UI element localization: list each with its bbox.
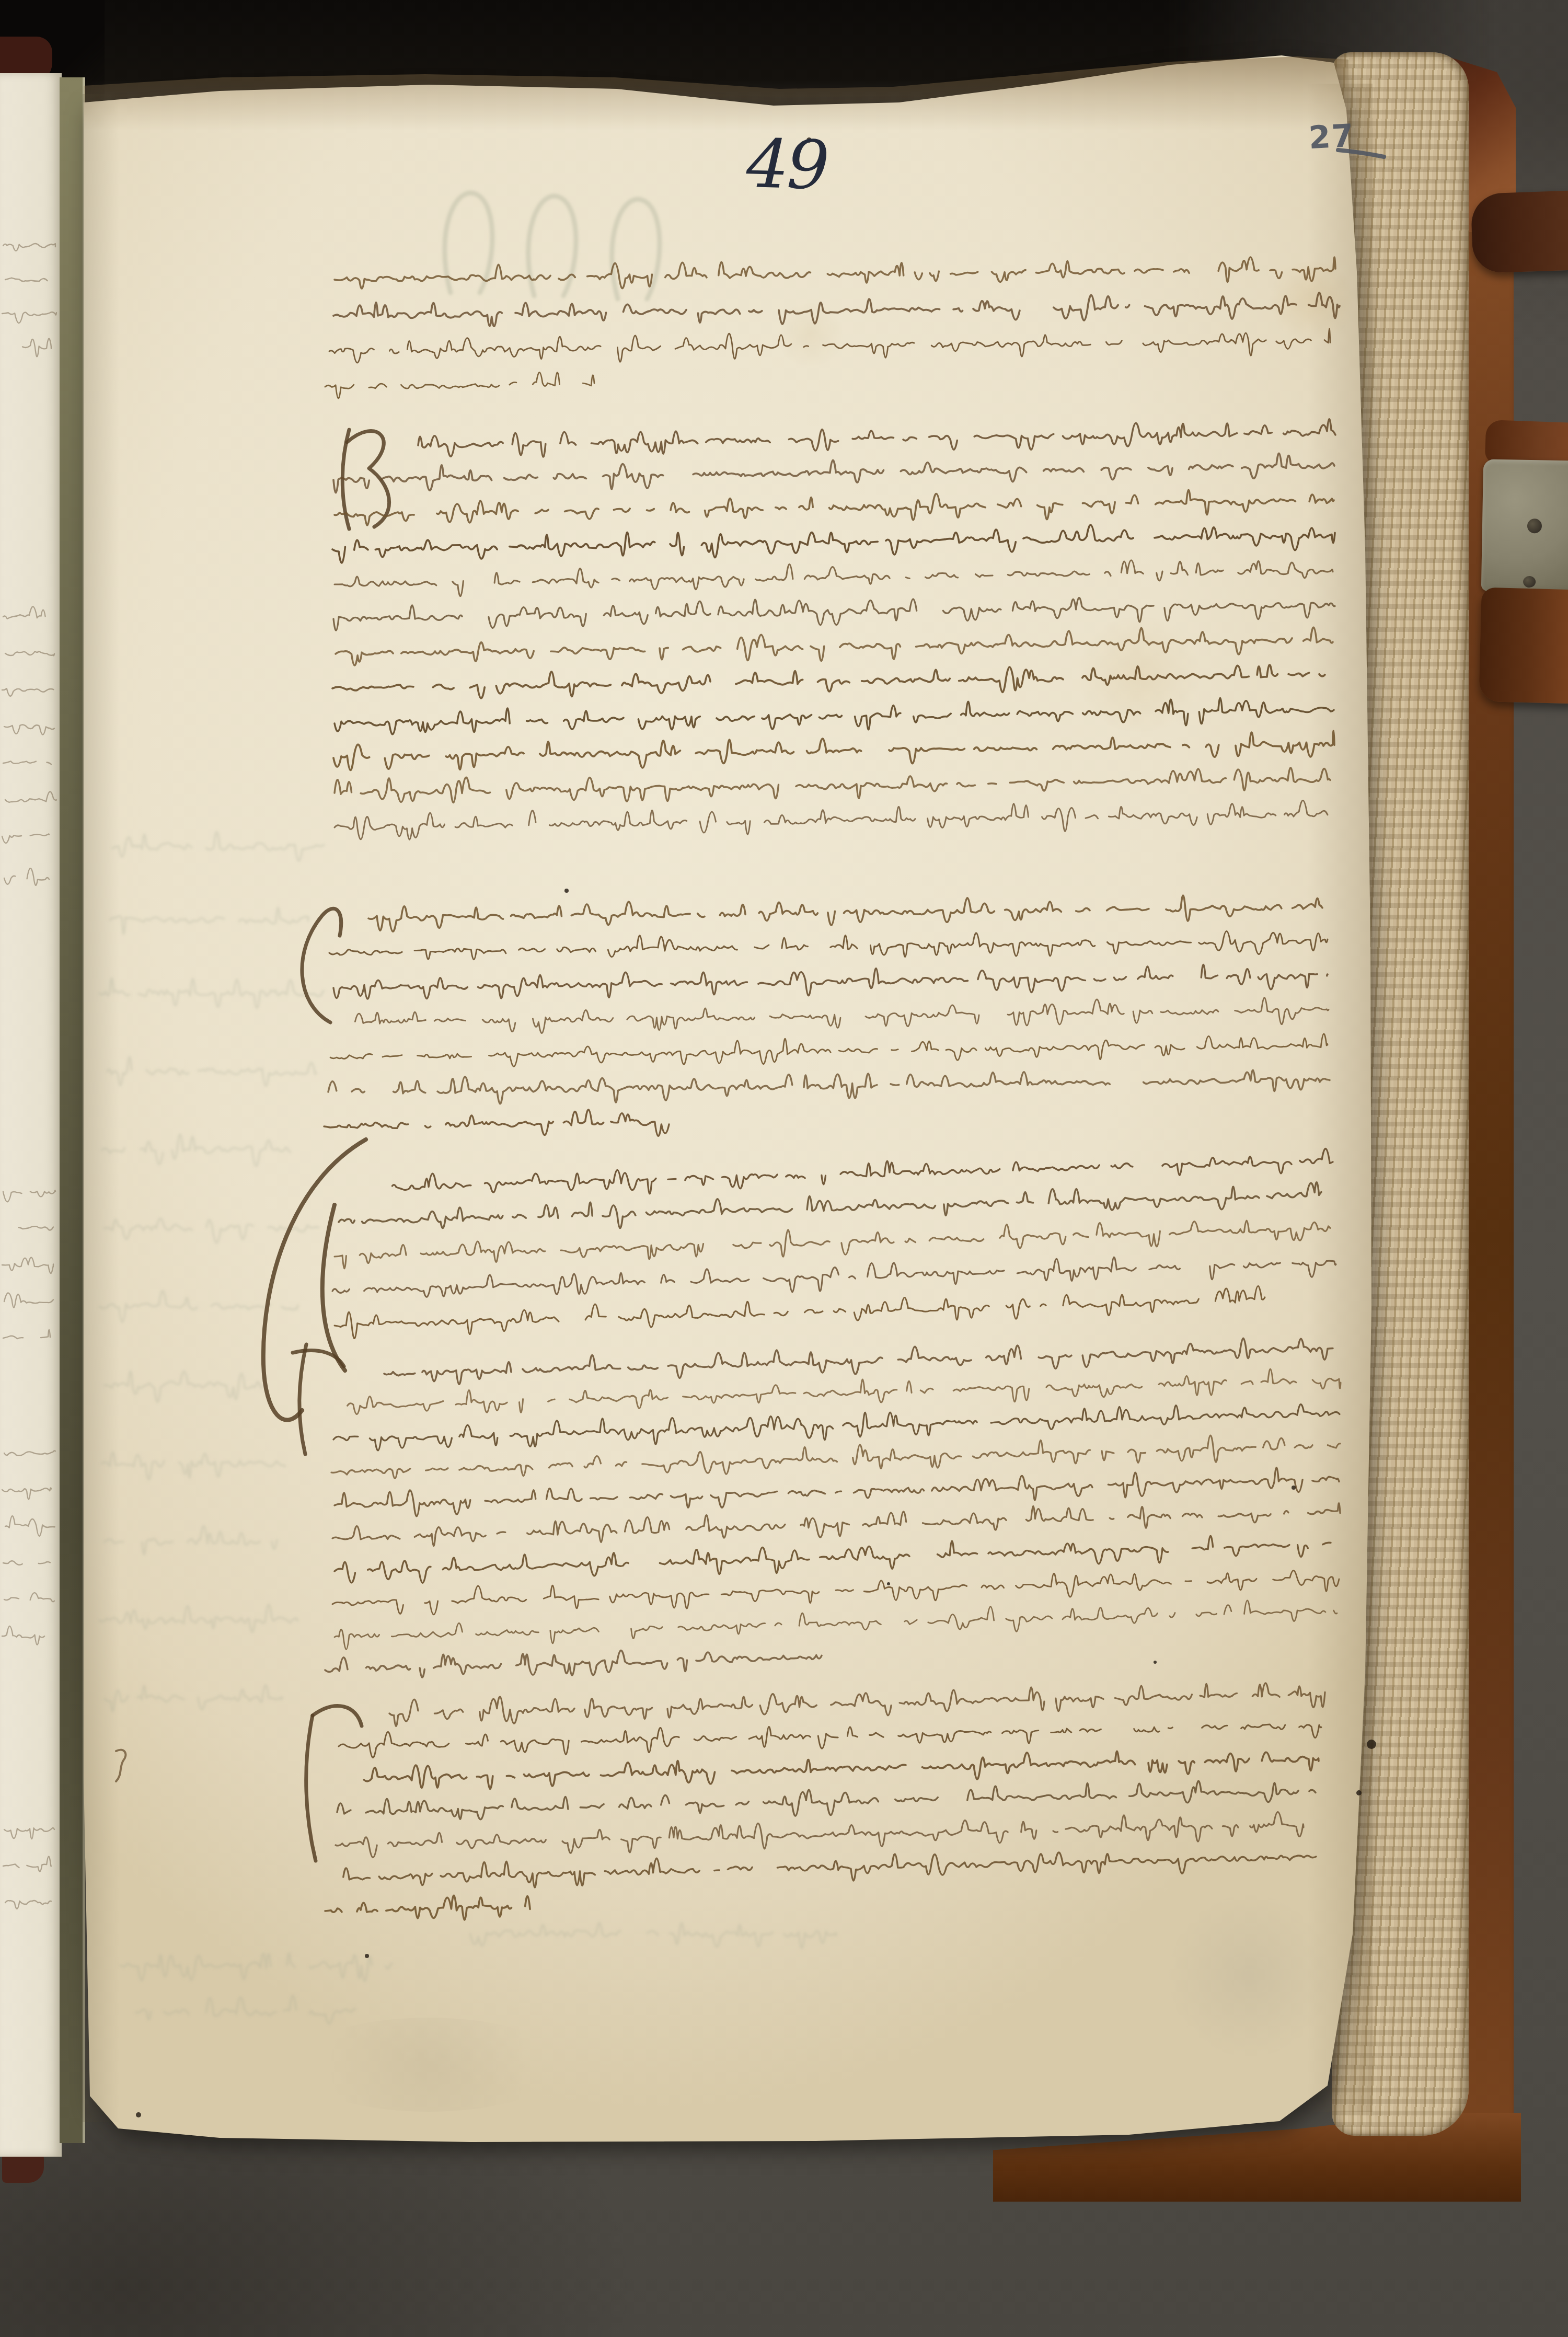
entry-4-initial — [263, 1139, 366, 1420]
entry-3-line — [368, 895, 1322, 931]
manuscript-entries — [116, 257, 1345, 1920]
entry-6-line — [389, 1683, 1325, 1726]
ink-speck — [365, 1954, 369, 1958]
folio-number: 27 — [1308, 120, 1355, 154]
entry-5-initial — [299, 1344, 306, 1454]
entry-2-line — [335, 490, 1334, 526]
entry-5-line — [335, 1536, 1345, 1583]
bleed-line — [105, 1685, 282, 1711]
bleed-line — [470, 1923, 836, 1948]
entry-5-line — [335, 1468, 1339, 1516]
entry-2-line — [332, 525, 1335, 562]
entry-2-line — [333, 453, 1334, 492]
ink-speck — [887, 1582, 890, 1585]
ink-speck — [1154, 1661, 1157, 1664]
marginalia-line — [4, 1828, 54, 1839]
entry-5-line — [384, 1338, 1333, 1384]
entry-2-line — [336, 627, 1333, 665]
bleed-through-ink — [99, 193, 836, 2024]
ink-speck — [564, 889, 569, 893]
entry-4-line — [335, 1286, 1265, 1338]
bleed-letter — [612, 199, 660, 299]
bleed-letter — [528, 196, 576, 296]
entry-4-initial — [322, 1205, 345, 1371]
entry-6-line — [343, 1852, 1316, 1887]
entry-6-line — [325, 1895, 530, 1920]
entry-3-line — [333, 964, 1328, 998]
marginalia-line — [2, 1488, 51, 1499]
marginalia-line — [2, 1626, 56, 1645]
bleed-line — [107, 1057, 316, 1086]
entry-3-initial — [302, 908, 341, 1022]
entry-5-line — [335, 1601, 1337, 1650]
ink-speck — [1367, 1740, 1376, 1749]
entry-3-line — [329, 931, 1328, 960]
marginalia-line — [2, 688, 63, 696]
ink-speck — [136, 2112, 141, 2117]
marginalia-line — [19, 1226, 53, 1230]
entry-2-line — [333, 731, 1334, 770]
entry-6-line — [337, 1781, 1316, 1820]
marginalia-line — [3, 607, 59, 619]
marginalia-line — [5, 792, 56, 802]
bleed-line — [110, 908, 308, 934]
bleed-line — [136, 1996, 355, 2024]
bleed-line — [120, 1953, 392, 1981]
entry-5-line — [332, 1571, 1339, 1615]
entry-2-line — [335, 768, 1330, 803]
marginal-mark — [116, 1750, 125, 1781]
marginalia-line — [4, 1293, 53, 1307]
marginalia-line — [2, 834, 49, 844]
entry-3-line — [324, 1110, 669, 1136]
entry-2-line — [333, 598, 1335, 630]
marginalia-line — [4, 1451, 55, 1456]
entry-1-line — [325, 372, 594, 398]
marginalia-line — [3, 244, 55, 251]
marginalia-line — [3, 1330, 50, 1339]
marginalia-line — [4, 1593, 54, 1602]
bleed-line — [99, 978, 324, 1008]
entry-3-line — [355, 997, 1329, 1033]
ink-speck — [1356, 1790, 1362, 1795]
marginalia-line — [5, 651, 54, 655]
facing-page-marginalia — [2, 244, 71, 1909]
entry-2-line — [332, 665, 1337, 698]
entry-2-line — [418, 419, 1335, 457]
entry-3-line — [328, 1070, 1330, 1103]
marginalia-line — [22, 339, 51, 357]
bleed-line — [99, 1605, 298, 1632]
marginalia-line — [4, 725, 54, 735]
handwriting-layer — [0, 0, 1568, 2337]
entry-4-line — [335, 1221, 1330, 1269]
entry-1-line — [333, 293, 1340, 326]
entry-4-line — [339, 1182, 1321, 1228]
entry-2-line — [335, 800, 1328, 839]
entry-6-initial — [313, 1706, 362, 1726]
entry-2-line — [335, 698, 1334, 734]
entry-1-line — [329, 329, 1330, 363]
entry-6-line — [364, 1751, 1319, 1789]
marginalia-line — [4, 868, 49, 885]
entry-6-line — [339, 1724, 1321, 1757]
entry-6-initial — [306, 1716, 316, 1861]
entry-5-line — [332, 1503, 1340, 1546]
marginalia-line — [3, 1191, 55, 1202]
bleed-line — [102, 1452, 285, 1479]
entry-5-line — [331, 1435, 1340, 1479]
manuscript-photograph: 49 27 — [0, 0, 1568, 2337]
marginalia-line — [3, 761, 51, 764]
entry-5-line — [348, 1369, 1341, 1414]
marginalia-line — [5, 1516, 71, 1536]
bleed-line — [102, 1134, 290, 1166]
entry-4-line — [392, 1149, 1333, 1194]
entry-3-line — [330, 1034, 1328, 1066]
marginalia-line — [2, 1258, 53, 1273]
marginalia-line — [5, 1901, 51, 1909]
entry-5-line — [325, 1650, 822, 1677]
bleed-line — [105, 1371, 261, 1402]
entry-4-line — [332, 1257, 1336, 1297]
ink-speck — [1292, 1486, 1296, 1490]
page-number: 49 — [745, 131, 828, 200]
marginalia-line — [5, 278, 60, 282]
bleed-line — [105, 1526, 277, 1555]
marginalia-line — [3, 1857, 51, 1872]
marginalia-line — [3, 1561, 62, 1565]
bleed-line — [112, 832, 324, 861]
marginalia-line — [2, 312, 56, 323]
entry-5-line — [333, 1404, 1340, 1450]
entry-2-line — [335, 560, 1333, 596]
